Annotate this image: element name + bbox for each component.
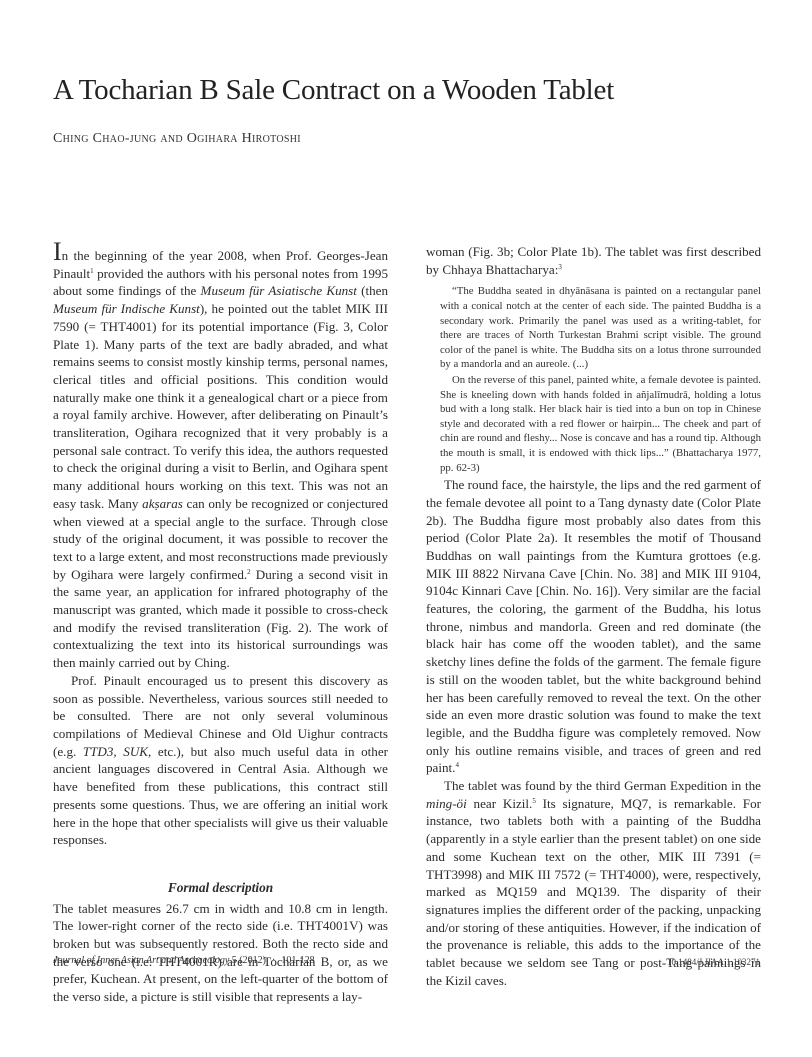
- second-paragraph: Prof. Pinault encouraged us to present t…: [53, 672, 388, 849]
- page-range: 101-128: [281, 955, 314, 966]
- block-quote-1: “The Buddha seated in dhyānāsana is pain…: [440, 284, 761, 372]
- doi-link[interactable]: 10.1484/J.JIAA.1.103271: [667, 957, 760, 967]
- block-quote-2: On the reverse of this panel, painted wh…: [440, 373, 761, 475]
- continuation-paragraph: woman (Fig. 3b; Color Plate 1b). The tab…: [426, 243, 761, 278]
- article-authors: Ching Chao-jung and Ogihara Hirotoshi: [53, 131, 301, 147]
- formal-description-paragraph: The tablet measures 26.7 cm in width and…: [53, 900, 388, 1006]
- drop-cap: I: [53, 237, 62, 266]
- right-column: woman (Fig. 3b; Color Plate 1b). The tab…: [426, 243, 761, 990]
- intro-paragraph: In the beginning of the year 2008, when …: [53, 243, 388, 672]
- footnote-ref-4[interactable]: 4: [455, 761, 459, 769]
- left-column: In the beginning of the year 2008, when …: [53, 243, 388, 1006]
- journal-volume: 5 (2012): [232, 955, 266, 966]
- journal-name: Journal of Inner Asian Art and Archaeolo…: [53, 955, 229, 966]
- dating-paragraph: The round face, the hairstyle, the lips …: [426, 476, 761, 777]
- journal-citation: Journal of Inner Asian Art and Archaeolo…: [53, 955, 315, 966]
- footnote-ref-3[interactable]: 3: [558, 263, 562, 271]
- section-heading-formal-description: Formal description: [53, 879, 388, 897]
- separator-dot: ·: [272, 955, 275, 966]
- article-title: A Tocharian B Sale Contract on a Wooden …: [53, 74, 614, 107]
